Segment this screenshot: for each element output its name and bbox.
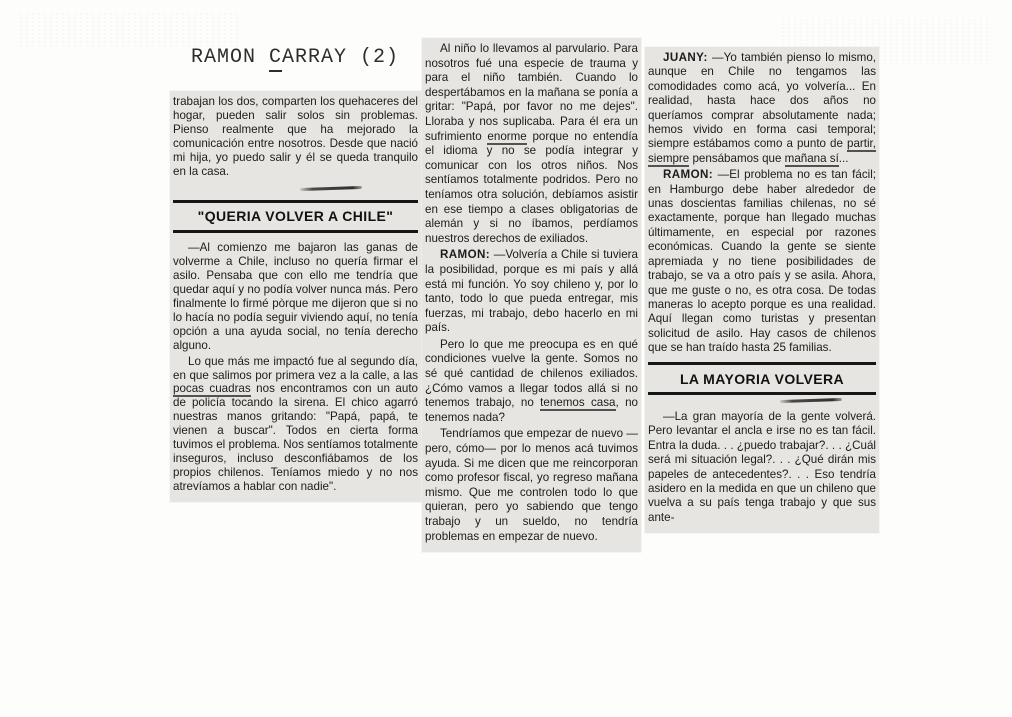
clipping-column-1: trabajan los dos, comparten los quehacer… — [170, 91, 421, 502]
speaker-name: RAMON: — [663, 168, 713, 181]
speaker-name: RAMON: — [440, 248, 490, 261]
section-header-la-mayoria: LA MAYORIA VOLVERA — [648, 362, 876, 395]
paragraph: Pero lo que me preocupa es en qué condic… — [425, 338, 638, 426]
scan-noise-top-left — [18, 12, 238, 46]
paragraph: RAMON: —El problema no es tan fácil; en … — [648, 168, 876, 355]
paragraph: —La gran mayoría de la gente volverá. Pe… — [648, 410, 876, 525]
paragraph: trabajan los dos, comparten los quehacer… — [173, 95, 418, 178]
paragraph: Lo que más me impactó fue al segundo día… — [173, 355, 418, 494]
clipping-column-3: JUANY: —Yo también pienso lo mismo, aunq… — [645, 47, 879, 533]
paragraph: —Al comienzo me bajaron las ganas de vol… — [173, 241, 418, 352]
paragraph: Al niño lo llevamos al parvulario. Para … — [425, 42, 638, 246]
pen-stroke-divider — [300, 186, 362, 191]
title-underlined-letter: C — [269, 46, 282, 72]
section-header-queria-volver: "QUERIA VOLVER A CHILE" — [173, 200, 418, 233]
clipping-column-2: Al niño lo llevamos al parvulario. Para … — [422, 38, 641, 552]
pen-stroke-divider — [780, 398, 842, 403]
title-pre: RAMON — [191, 46, 269, 69]
paragraph: JUANY: —Yo también pienso lo mismo, aunq… — [648, 51, 876, 166]
speaker-name: JUANY: — [663, 51, 708, 64]
paragraph: Tendríamos que empezar de nuevo —pero, c… — [425, 427, 638, 544]
page-title: RAMON CARRAY (2) — [170, 46, 420, 69]
title-post: ARRAY (2) — [282, 46, 399, 69]
paragraph: RAMON: —Volvería a Chile si tuviera la p… — [425, 248, 638, 336]
